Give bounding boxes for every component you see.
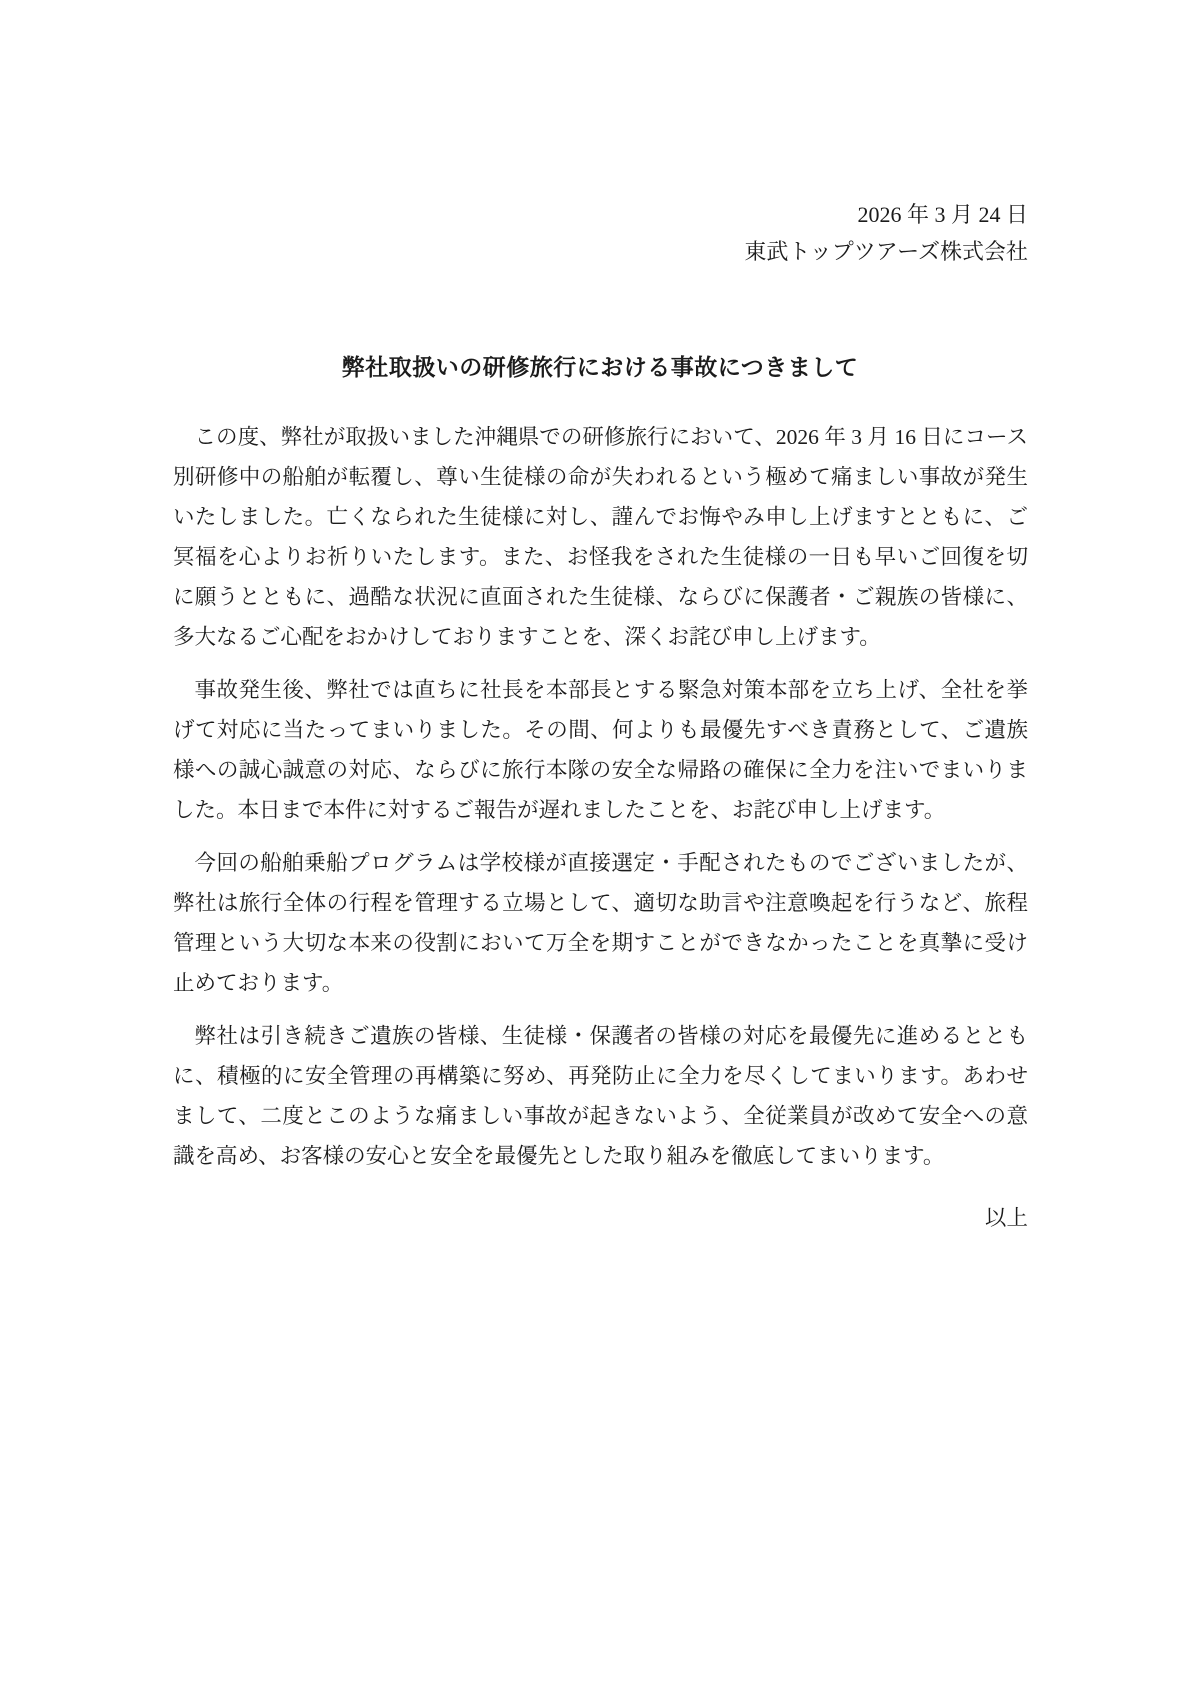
date-line: 2026 年 3 月 24 日 xyxy=(744,196,1028,233)
paragraph-apology: この度、弊社が取扱いました沖縄県での研修旅行において、2026 年 3 月 16… xyxy=(173,417,1028,657)
closing-mark: 以上 xyxy=(173,1198,1028,1238)
doc-header: 2026 年 3 月 24 日 東武トップツアーズ株式会社 xyxy=(744,196,1028,270)
doc-body: この度、弊社が取扱いました沖縄県での研修旅行において、2026 年 3 月 16… xyxy=(173,417,1028,1251)
document-page: 2026 年 3 月 24 日 東武トップツアーズ株式会社 弊社取扱いの研修旅行… xyxy=(0,0,1200,1697)
paragraph-responsibility: 今回の船舶乗船プログラムは学校様が直接選定・手配されたものでございましたが、弊社… xyxy=(173,843,1028,1003)
paragraph-response: 事故発生後、弊社では直ちに社長を本部長とする緊急対策本部を立ち上げ、全社を挙げて… xyxy=(173,670,1028,830)
doc-title: 弊社取扱いの研修旅行における事故につきまして xyxy=(0,352,1200,384)
paragraph-prevention: 弊社は引き続きご遺族の皆様、生徒様・保護者の皆様の対応を最優先に進めるとともに、… xyxy=(173,1016,1028,1176)
company-name: 東武トップツアーズ株式会社 xyxy=(744,233,1028,270)
